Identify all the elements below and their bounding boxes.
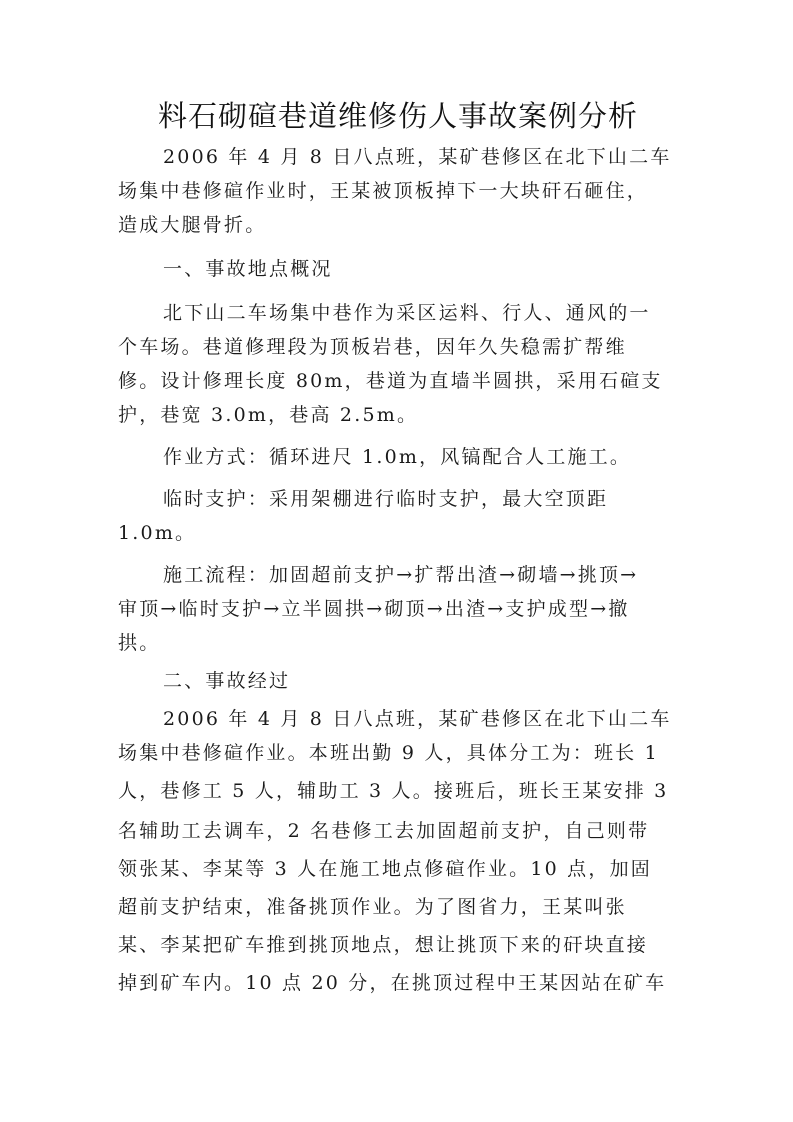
paragraph-line: 拱。 — [118, 630, 160, 656]
paragraph-line: 领张某、李某等 3 人在施工地点修碹作业。10 点，加固 — [118, 856, 652, 882]
paragraph-line: 人，巷修工 5 人，辅助工 3 人。接班后，班长王某安排 3 — [118, 778, 668, 804]
paragraph-line: 修。设计修理长度 80m，巷道为直墙半圆拱，采用石碹支 — [118, 368, 663, 394]
paragraph-line: 超前支护结束，准备挑顶作业。为了图省力，王某叫张 — [118, 894, 627, 920]
paragraph-line: 审顶→临时支护→立半圆拱→砌顶→出渣→支护成型→撤 — [118, 596, 630, 622]
paragraph-line: 个车场。巷道修理段为顶板岩巷，因年久失稳需扩帮维 — [118, 334, 627, 360]
paragraph-line: 某、李某把矿车推到挑顶地点，想让挑顶下来的矸块直接 — [118, 932, 648, 958]
paragraph-line: 造成大腿骨折。 — [118, 212, 266, 238]
paragraph-line: 二、事故经过 — [163, 668, 290, 694]
paragraph-line: 场集中巷修碹作业。本班出勤 9 人，具体分工为：班长 1 — [118, 740, 659, 766]
paragraph-line: 2006 年 4 月 8 日八点班，某矿巷修区在北下山二车 — [163, 144, 672, 170]
paragraph-line: 1.0m。 — [118, 520, 196, 546]
paragraph-line: 北下山二车场集中巷作为采区运料、行人、通风的一 — [163, 300, 651, 326]
paragraph-line: 掉到矿车内。10 点 20 分，在挑顶过程中王某因站在矿车 — [118, 970, 666, 996]
document-title: 料石砌碹巷道维修伤人事故案例分析 — [118, 96, 678, 136]
paragraph-line: 名辅助工去调车，2 名巷修工去加固超前支护，自己则带 — [118, 818, 649, 844]
paragraph-line: 施工流程：加固超前支护→扩帮出渣→砌墙→挑顶→ — [163, 562, 638, 588]
paragraph-line: 临时支护：采用架棚进行临时支护，最大空顶距 — [163, 486, 608, 512]
paragraph-line: 场集中巷修碹作业时，王某被顶板掉下一大块矸石砸住， — [118, 178, 648, 204]
paragraph-line: 作业方式：循环进尺 1.0m，风镐配合人工施工。 — [163, 444, 631, 470]
paragraph-line: 护，巷宽 3.0m，巷高 2.5m。 — [118, 402, 418, 428]
paragraph-line: 2006 年 4 月 8 日八点班，某矿巷修区在北下山二车 — [163, 706, 672, 732]
paragraph-line: 一、事故地点概况 — [163, 256, 333, 282]
